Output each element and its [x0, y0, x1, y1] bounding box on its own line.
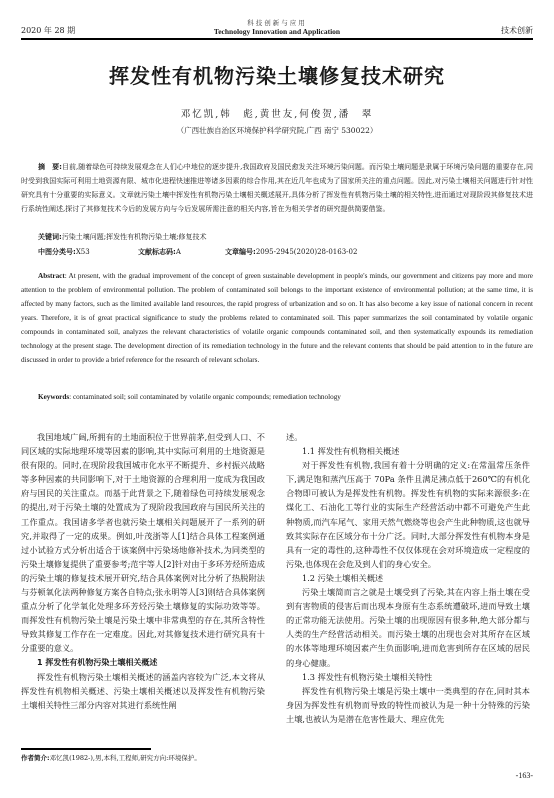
author-list: 邓忆凯,韩 彪,黄世友,何俊贺,潘 翠 [0, 106, 554, 120]
keywords-english: Keywords: contaminated soil; soil contam… [38, 391, 533, 403]
journal-name-cn: 科技创新与应用 [21, 18, 533, 27]
footnote-text: 邓忆凯(1982-),男,本科,工程师,研究方向:环境保护。 [50, 754, 201, 762]
abstract-en-label: Abstract [38, 272, 65, 280]
paper-title: 挥发性有机物污染土壤修复技术研究 [0, 60, 554, 89]
abstract-cn-label: 摘 要: [38, 163, 62, 171]
keywords-chinese: 关键词:污染土壤问题;挥发性有机物污染土壤;修复技术 [38, 231, 533, 243]
abstract-en-text: : At present, with the gradual improveme… [21, 272, 533, 364]
clc-number: 中图分类号:X53 [38, 246, 138, 258]
section-1-1-heading: 1.1 挥发性有机物相关概述 [286, 444, 530, 458]
keywords-cn-label: 关键词: [38, 233, 62, 241]
journal-name: 科技创新与应用 Technology Innovation and Applic… [21, 18, 533, 36]
section-1-heading: 1 挥发性有机物污染土壤相关概述 [21, 656, 265, 670]
abstract-chinese: 摘 要:目前,随着绿色可持续发展观念在人们心中地位的逐步提升,我国政府及国民愈发… [21, 160, 533, 216]
affiliation: （广西壮族自治区环境保护科学研究院,广西 南宁 530022） [0, 125, 554, 136]
abstract-english: Abstract: At present, with the gradual i… [21, 269, 533, 367]
section-1-1-paragraph: 对于挥发性有机物,我国有着十分明确的定义:在常温常压条件下,满足饱和蒸汽压高于 … [286, 458, 530, 571]
classification-line: 中图分类号:X53文献标志码:A文章编号:2095-2945(2020)28-0… [38, 246, 533, 258]
section-1-2-paragraph: 污染土壤简而言之就是土壤受到了污染,其在内容上指土壤在受到有害物质的侵害后而出现… [286, 585, 530, 670]
keywords-en-text: : contaminated soil; soil contaminated b… [69, 393, 341, 401]
body-column-right: 述。 1.1 挥发性有机物相关概述 对于挥发性有机物,我国有着十分明确的定义:在… [286, 430, 530, 726]
footnote-label: 作者简介: [21, 754, 50, 762]
keywords-cn-text: 污染土壤问题;挥发性有机物污染土壤;修复技术 [62, 233, 207, 241]
section-1-2-heading: 1.2 污染土壤相关概述 [286, 571, 530, 585]
intro-paragraph: 我国地域广阔,所拥有的土地面积位于世界前茅,但受到人口、不同区域的实际地理环境等… [21, 430, 265, 656]
section-1-paragraph: 挥发性有机物污染土壤相关概述的涵盖内容较为广泛,本文将从挥发性有机物相关概述、污… [21, 670, 265, 712]
section-1-continuation: 述。 [286, 430, 530, 444]
author-footnote: 作者简介:邓忆凯(1982-),男,本科,工程师,研究方向:环境保护。 [21, 753, 201, 762]
body-column-left: 我国地域广阔,所拥有的土地面积位于世界前茅,但受到人口、不同区域的实际地理环境等… [21, 430, 265, 712]
section-1-3-paragraph: 挥发性有机物污染土壤是污染土壤中一类典型的存在,同时其本身因为挥发性有机物而导致… [286, 684, 530, 726]
running-header: 2020 年 28 期 科技创新与应用 Technology Innovatio… [21, 0, 533, 40]
article-number: 文章编号:2095-2945(2020)28-0163-02 [225, 246, 357, 258]
abstract-cn-text: 目前,随着绿色可持续发展观念在人们心中地位的逐步提升,我国政府及国民愈发关注环境… [21, 163, 533, 213]
footnote-divider [21, 748, 151, 750]
document-code: 文献标志码:A [138, 246, 225, 258]
section-label: 技术创新 [501, 25, 533, 36]
page-number: -163- [516, 771, 533, 780]
journal-name-en: Technology Innovation and Application [21, 27, 533, 36]
keywords-en-label: Keywords [38, 393, 69, 401]
section-1-3-heading: 1.3 挥发性有机物污染土壤相关特性 [286, 670, 530, 684]
